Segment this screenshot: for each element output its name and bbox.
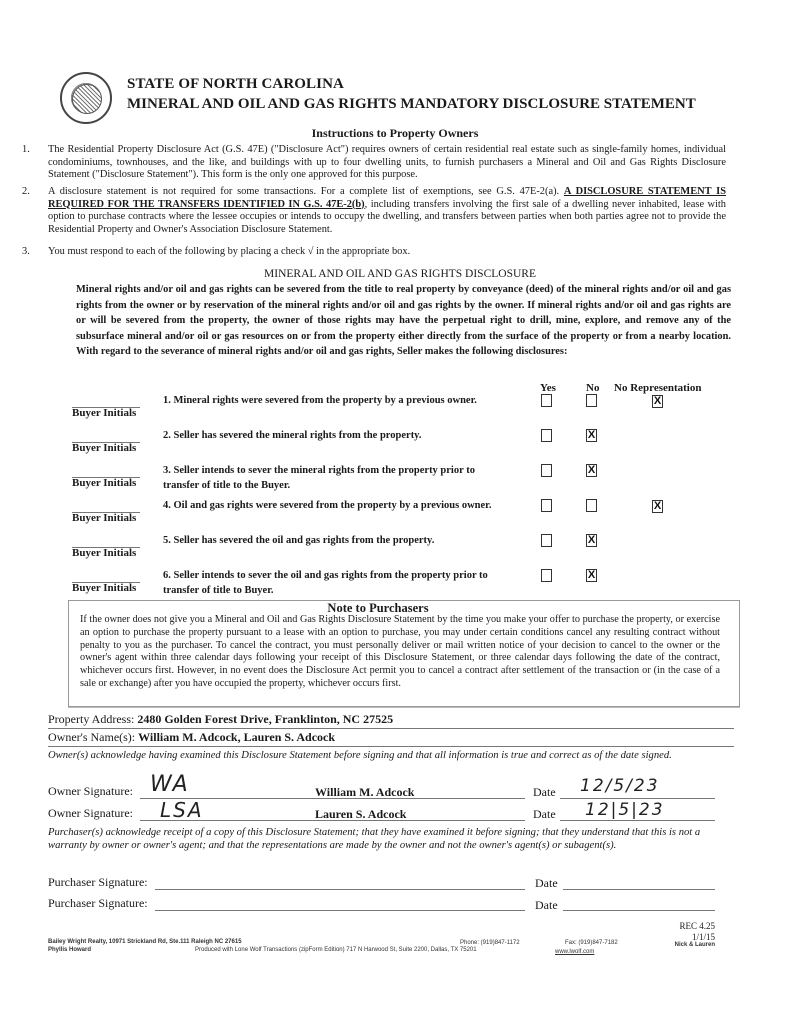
instruction-item-2: 2. A disclosure statement is not require…: [22, 186, 722, 238]
owner-signature-label-1: Owner Signature:: [48, 784, 133, 799]
no-checkbox[interactable]: X: [586, 569, 597, 582]
yes-checkbox[interactable]: [541, 464, 552, 477]
instruction-item-1: 1. The Residential Property Disclosure A…: [22, 144, 722, 184]
buyer-initials-label: Buyer Initials: [72, 582, 136, 594]
disclosure-question-1: Buyer Initials1. Mineral rights were sev…: [72, 389, 732, 423]
disclosure-question-4: Buyer Initials4. Oil and gas rights were…: [72, 494, 732, 528]
website-link[interactable]: www.lwolf.com: [555, 949, 594, 955]
date-label: Date: [533, 785, 556, 800]
fax: Fax: (919)847-7182: [565, 940, 618, 946]
yes-checkbox[interactable]: [541, 394, 552, 407]
purchaser-signature-field-1[interactable]: [155, 889, 525, 890]
divider: [48, 728, 734, 729]
document-title: MINERAL AND OIL AND GAS RIGHTS MANDATORY…: [127, 96, 696, 113]
owner-signature-label-2: Owner Signature:: [48, 806, 133, 821]
note-text: If the owner does not give you a Mineral…: [80, 614, 720, 691]
owner-printed-name-2: Lauren S. Adcock: [315, 807, 406, 822]
purchaser-date-field-1[interactable]: [563, 889, 715, 890]
disclosure-question-6: Buyer Initials6. Seller intends to sever…: [72, 564, 732, 598]
no-representation-checkbox[interactable]: X: [652, 395, 663, 408]
owner-acknowledgement: Owner(s) acknowledge having examined thi…: [48, 749, 738, 762]
disclosure-question-5: Buyer Initials5. Seller has severed the …: [72, 529, 732, 563]
disclosure-question-2: Buyer Initials2. Seller has severed the …: [72, 424, 732, 458]
property-address-row: Property Address: 2480 Golden Forest Dri…: [48, 712, 393, 727]
file-name: Nick & Lauren: [660, 942, 715, 948]
owner-printed-name-1: William M. Adcock: [315, 785, 414, 800]
purchaser-date-field-2[interactable]: [563, 910, 715, 911]
no-checkbox[interactable]: [586, 394, 597, 407]
question-text: 1. Mineral rights were severed from the …: [163, 393, 508, 408]
owners-name-value[interactable]: William M. Adcock, Lauren S. Adcock: [138, 730, 335, 744]
purchaser-signature-label-1: Purchaser Signature:: [48, 875, 148, 890]
instructions-heading: Instructions to Property Owners: [0, 126, 790, 141]
disclosure-paragraph: Mineral rights and/or oil and gas rights…: [76, 282, 731, 360]
date-label: Date: [535, 876, 558, 891]
date-label: Date: [535, 898, 558, 913]
divider: [48, 746, 734, 747]
no-checkbox[interactable]: X: [586, 429, 597, 442]
date-line: [560, 798, 715, 799]
disclosure-question-3: Buyer Initials3. Seller intends to sever…: [72, 459, 732, 493]
date-line: [560, 820, 715, 821]
question-text: 6. Seller intends to sever the oil and g…: [163, 568, 508, 598]
disclosure-heading: MINERAL AND OIL AND GAS RIGHTS DISCLOSUR…: [60, 268, 740, 280]
buyer-initials-label: Buyer Initials: [72, 407, 136, 419]
yes-checkbox[interactable]: [541, 534, 552, 547]
state-seal-icon: [60, 72, 112, 124]
no-representation-checkbox[interactable]: X: [652, 500, 663, 513]
date-label: Date: [533, 807, 556, 822]
agent-name: Phyllis Howard: [48, 947, 91, 953]
buyer-initials-label: Buyer Initials: [72, 512, 136, 524]
instruction-item-3: 3. You must respond to each of the follo…: [22, 246, 722, 260]
question-text: 5. Seller has severed the oil and gas ri…: [163, 533, 508, 548]
brokerage-info: Bailey Wright Realty, 10971 Strickland R…: [48, 939, 242, 945]
question-text: 2. Seller has severed the mineral rights…: [163, 428, 508, 443]
buyer-initials-label: Buyer Initials: [72, 477, 136, 489]
owners-name-row: Owner's Name(s): William M. Adcock, Laur…: [48, 730, 335, 745]
question-text: 4. Oil and gas rights were severed from …: [163, 498, 508, 513]
purchaser-signature-field-2[interactable]: [155, 910, 525, 911]
buyer-initials-label: Buyer Initials: [72, 547, 136, 559]
owner-signature-2[interactable]: LSA: [160, 798, 204, 822]
purchaser-signature-label-2: Purchaser Signature:: [48, 896, 148, 911]
owner-date-2[interactable]: 12|5|23: [585, 800, 665, 820]
produced-by: Produced with Lone Wolf Transactions (zi…: [195, 947, 477, 953]
no-checkbox[interactable]: X: [586, 534, 597, 547]
property-address-value[interactable]: 2480 Golden Forest Drive, Franklinton, N…: [137, 712, 393, 726]
purchaser-acknowledgement: Purchaser(s) acknowledge receipt of a co…: [48, 826, 738, 852]
form-code: REC 4.25: [640, 921, 715, 931]
phone: Phone: (919)847-1172: [460, 940, 520, 946]
document-title-state: STATE OF NORTH CAROLINA: [127, 76, 344, 93]
yes-checkbox[interactable]: [541, 499, 552, 512]
owner-signature-1[interactable]: WA: [150, 772, 190, 797]
buyer-initials-label: Buyer Initials: [72, 442, 136, 454]
no-checkbox[interactable]: X: [586, 464, 597, 477]
owner-date-1[interactable]: 12/5/23: [580, 776, 660, 796]
question-text: 3. Seller intends to sever the mineral r…: [163, 463, 508, 493]
yes-checkbox[interactable]: [541, 569, 552, 582]
yes-checkbox[interactable]: [541, 429, 552, 442]
no-checkbox[interactable]: [586, 499, 597, 512]
form-date: 1/1/15: [640, 932, 715, 942]
